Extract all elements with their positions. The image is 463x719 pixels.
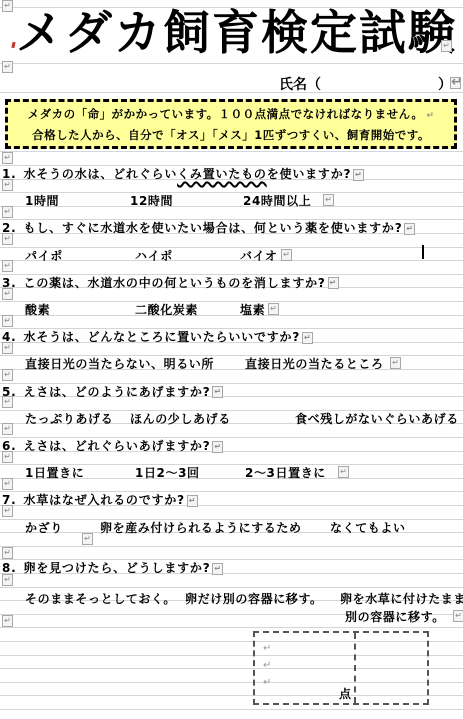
answer-option[interactable]: 12時間 [130,192,173,209]
paragraph-mark-icon: ↵ [2,315,13,327]
answer-option[interactable]: 食べ残しがないぐらいあげる [295,410,459,427]
question-6[interactable]: 6.えさは、どれぐらいあげますか?↵ [2,437,463,451]
line-break-icon: ↵ [426,111,434,121]
gridline [0,709,463,710]
paragraph-mark-icon: ↵ [2,451,13,463]
paragraph-mark-icon: ↵ [323,194,334,206]
answer-option[interactable]: 1日置きに [25,464,84,481]
paragraph-mark-icon: ↵ [2,152,13,164]
answer-option[interactable]: ハイポ [135,247,173,264]
paragraph-mark-icon: ↵ [2,342,13,354]
answers-3[interactable]: 酸素二酸化炭素塩素↵ [0,301,463,315]
paragraph-mark-icon: ↵ [404,223,415,235]
answer-option[interactable]: 卵を水草に付けたまま [340,590,463,607]
answers-6[interactable]: 1日置きに1日2～3回2～3日置きに↵ [0,464,463,478]
paragraph-mark-icon: ↵ [281,249,292,261]
paragraph-mark-icon: ↵ [353,169,364,181]
question-text: もし、すぐに水道水を使いたい場合は、何という薬を使いますか? [24,221,403,235]
answer-option[interactable]: ほんの少しあげる [130,410,231,427]
answer-option[interactable]: パイポ [25,247,63,264]
paragraph-mark-icon: ↵ [212,441,223,453]
paragraph-mark-icon: ↵ [2,396,13,408]
paragraph-mark-icon: ↵ [453,610,463,622]
page-title: メダカ飼育検定試験 [16,8,457,60]
answers-4[interactable]: 直接日光の当たらない、明るい所直接日光の当たるところ↵ [0,355,463,369]
question-1[interactable]: 1.水そうの水は、どれぐらいくみ置いたものを使いますか?↵ [2,165,463,179]
question-text-emphasis: くみ置いたもの [177,167,267,181]
answers-2[interactable]: パイポハイポバイオ↵ [0,247,463,261]
question-text: この薬は、水道水の中の何というものを消しますか? [24,276,326,290]
paragraph-mark-icon: ↵ [2,233,13,245]
question-3[interactable]: 3.この薬は、水道水の中の何というものを消しますか?↵ [2,274,463,288]
answer-option[interactable]: バイオ [240,247,277,264]
name-field-label: 氏名（ [279,74,321,94]
paragraph-mark-icon: ↵ [2,369,13,381]
paragraph-mark-icon: ↵ [2,615,13,627]
gridline [0,587,463,588]
question-5[interactable]: 5.えさは、どのようにあげますか?↵ [2,383,463,397]
paragraph-mark-icon: ↵ [268,303,279,315]
answer-option[interactable]: 直接日光の当たらない、明るい所 [25,355,214,372]
paragraph-mark-icon: ↵ [2,260,13,272]
paragraph-mark-icon: ↵ [2,288,13,300]
text-cursor[interactable] [422,245,424,259]
question-7[interactable]: 7.水草はなぜ入れるのですか?↵ [2,491,463,505]
question-2[interactable]: 2.もし、すぐに水道水を使いたい場合は、何という薬を使いますか?↵ [2,219,463,233]
document-page[interactable]: メダカ飼育検定試験 ↵ 氏名（ ） ↵ メダカの「命」がかかっています。１００点… [0,0,463,719]
paragraph-mark-icon: ↵ [338,466,349,478]
paragraph-mark-icon: ↵ [2,179,13,191]
answer-option[interactable]: 直接日光の当たるところ [245,355,384,372]
question-text: 水草はなぜ入れるのですか? [24,493,185,507]
paragraph-mark-icon: ↵ [302,332,313,344]
paragraph-mark-icon: ↵ [212,563,223,575]
paragraph-mark-icon: ↵ [328,277,339,289]
proof-mark-icon [11,42,15,48]
paragraph-mark-icon: ↵ [441,40,452,52]
question-8[interactable]: 8.卵を見つけたら、どうしますか?↵ [2,559,463,573]
gridline [0,627,463,628]
question-4[interactable]: 4.水そうは、どんなところに置いたらいいですか?↵ [2,328,463,342]
gridline [0,151,463,152]
line-break-icon: ↵ [263,660,271,671]
paragraph-mark-icon: ↵ [450,77,461,89]
answers-8[interactable]: そのままそっとしておく。卵だけ別の容器に移す。卵を水草に付けたまま [0,590,463,604]
notice-line-2: 合格した人から、自分で「オス」「メス」1匹ずつすくい、飼育開始です。 [8,126,454,145]
question-text: えさは、どれぐらいあげますか? [24,439,211,453]
paragraph-mark-icon: ↵ [2,547,13,559]
gridline [0,92,463,93]
notice-box: メダカの「命」がかかっています。１００点満点でなければなりません。↵ 合格した人… [5,99,457,149]
answers-1[interactable]: 1時間12時間24時間以上↵ [0,192,463,206]
answer-option[interactable]: 24時間以上 [243,192,311,209]
answer-option[interactable]: たっぷりあげる [25,410,113,427]
answers-7[interactable]: かざり卵を産み付けられるようにするためなくてもよい [0,519,463,533]
line-break-icon: ↵ [263,643,271,654]
paragraph-mark-icon: ↵ [212,386,223,398]
answer-option[interactable]: 二酸化炭素 [135,301,198,318]
answer-option[interactable]: 卵を産み付けられるようにするため [100,519,302,536]
gridline [0,63,463,64]
score-box-divider [354,633,356,703]
question-text: を使いますか? [267,167,352,181]
paragraph-mark-icon: ↵ [2,206,13,218]
answers-5[interactable]: たっぷりあげるほんの少しあげる食べ残しがないぐらいあげる↵ [0,410,463,424]
gridline [0,546,463,547]
paragraph-mark-icon: ↵ [2,478,13,490]
paragraph-mark-icon: ↵ [2,423,13,435]
answer-option[interactable]: 1日2～3回 [135,464,200,481]
paragraph-mark-icon: ↵ [82,533,93,545]
paragraph-mark-icon: ↵ [2,0,13,12]
answer-option[interactable]: なくてもよい [330,519,406,536]
answer-option[interactable]: 酸素 [25,301,50,318]
score-box: ↵ ↵ ↵ 点 [253,631,429,705]
answer-option[interactable]: 卵だけ別の容器に移す。 [185,590,323,607]
question-text: 卵を見つけたら、どうしますか? [24,561,211,575]
answer-option[interactable]: そのままそっとしておく。 [25,590,176,607]
answers-8-wrap[interactable]: 別の容器に移す。↵ [0,608,463,622]
notice-line-1: メダカの「命」がかかっています。１００点満点でなければなりません。↵ [8,105,454,126]
line-break-icon: ↵ [263,677,271,688]
paragraph-mark-icon: ↵ [2,505,13,517]
answer-option[interactable]: かざり [25,519,63,536]
question-text: 水そうの水は、どれぐらい [24,167,178,181]
answer-option[interactable]: 別の容器に移す。 [345,608,445,625]
answer-option[interactable]: 2～3日置きに [245,464,326,481]
paragraph-mark-icon: ↵ [2,61,13,73]
paragraph-mark-icon: ↵ [390,357,401,369]
question-text: 水そうは、どんなところに置いたらいいですか? [24,330,301,344]
score-unit-label: 点 [339,685,351,702]
question-text: えさは、どのようにあげますか? [24,385,211,399]
answer-option[interactable]: 塩素 [240,301,265,318]
answer-option[interactable]: 1時間 [25,192,59,209]
paragraph-mark-icon: ↵ [187,495,198,507]
paragraph-mark-icon: ↵ [2,574,13,586]
